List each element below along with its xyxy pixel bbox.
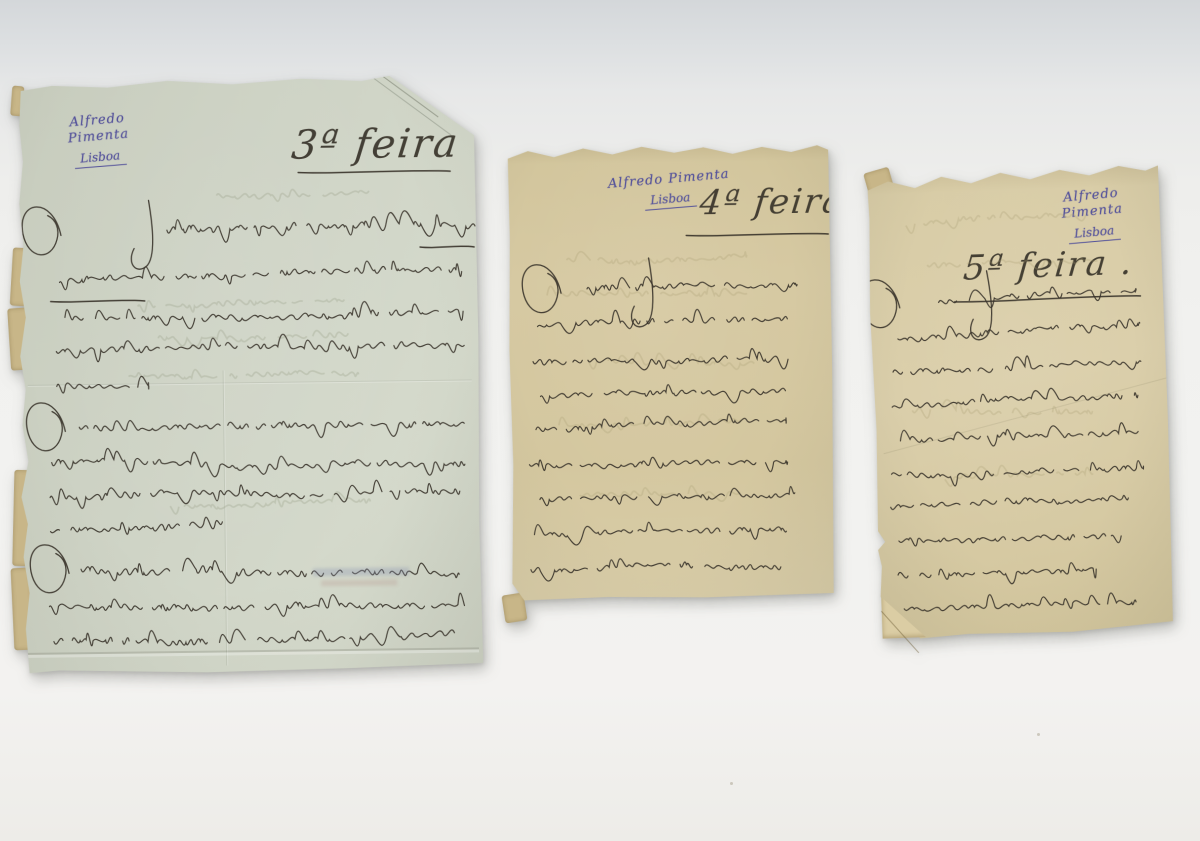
ghost-showthrough-stroke bbox=[559, 414, 751, 434]
faint-showthrough-stamp bbox=[313, 565, 409, 592]
ink-script-line bbox=[65, 300, 463, 330]
ink-underline bbox=[686, 233, 828, 236]
horizontal-fold-crease bbox=[28, 379, 471, 385]
ink-script-line bbox=[893, 352, 1141, 378]
ink-underline bbox=[420, 246, 474, 248]
ink-script-line bbox=[891, 494, 1129, 510]
ink-script-line bbox=[56, 332, 476, 362]
ink-script-line bbox=[50, 517, 222, 535]
photograph-backdrop: Alfredo Pimenta Lisboa 3ª feira Alfredo … bbox=[0, 0, 1200, 841]
ink-script-line bbox=[536, 413, 798, 435]
dust-speck bbox=[1037, 733, 1040, 736]
heading-day: 3ª feira bbox=[289, 121, 461, 169]
ink-script-line bbox=[892, 385, 1138, 408]
ink-script-line bbox=[531, 556, 781, 581]
alfredo-pimenta-signature-stamp: Alfredo Pimenta Lisboa bbox=[38, 108, 160, 171]
ghost-showthrough-stroke bbox=[170, 491, 383, 514]
ink-script-line bbox=[534, 520, 786, 545]
bottom-fold-crease-highlight bbox=[27, 649, 480, 658]
ink-script-line bbox=[54, 626, 461, 650]
ink-script-line bbox=[897, 318, 1150, 342]
ghost-showthrough-stroke bbox=[566, 249, 746, 265]
ghost-showthrough-stroke bbox=[588, 351, 767, 371]
vertical-fold-crease bbox=[223, 370, 228, 665]
faint-stamp-line bbox=[313, 567, 409, 576]
ink-underline bbox=[298, 170, 450, 173]
ink-script-line bbox=[59, 260, 466, 290]
ink-script-line bbox=[533, 348, 798, 372]
ink-script-line bbox=[898, 562, 1097, 588]
letter-sheet-tuesday: Alfredo Pimenta Lisboa 3ª feira bbox=[15, 72, 484, 677]
ink-script-line bbox=[891, 460, 1144, 488]
ghost-showthrough-stroke bbox=[138, 298, 357, 312]
ink-script-line bbox=[79, 416, 475, 440]
paper-sheet: Alfredo Pimenta Lisboa 5ª feira . bbox=[864, 162, 1176, 642]
stamp-place: Lisboa bbox=[1068, 222, 1121, 243]
ink-script-line bbox=[540, 486, 795, 506]
ghost-showthrough-stroke bbox=[912, 395, 1093, 422]
ink-capital-flourish bbox=[26, 403, 65, 451]
ghost-showthrough-stroke bbox=[216, 188, 378, 201]
dust-speck bbox=[730, 782, 733, 785]
faint-stamp-line bbox=[321, 579, 397, 586]
ink-underline bbox=[955, 295, 1141, 302]
ink-script-line bbox=[167, 210, 475, 243]
ghost-showthrough-stroke bbox=[547, 284, 747, 299]
ink-underline bbox=[51, 300, 145, 302]
stamp-place: Lisboa bbox=[74, 147, 127, 168]
stamp-name: Alfredo Pimenta bbox=[1032, 183, 1152, 226]
ink-script-line bbox=[529, 455, 787, 475]
ink-script-line bbox=[900, 422, 1138, 449]
stamp-place: Lisboa bbox=[644, 190, 697, 211]
ghost-showthrough-stroke bbox=[158, 329, 348, 347]
ink-capital-flourish bbox=[522, 258, 653, 329]
ink-script-line bbox=[899, 531, 1122, 551]
letter-sheet-wednesday: Alfredo Pimenta Lisboa 4ª feira bbox=[505, 141, 836, 601]
heading-day: 5ª feira . bbox=[962, 243, 1136, 289]
heading-day: 4ª feira bbox=[698, 181, 837, 223]
alfredo-pimenta-signature-stamp: Alfredo Pimenta Lisboa bbox=[1032, 183, 1154, 247]
ink-script-line bbox=[50, 479, 460, 509]
ink-script-line bbox=[904, 589, 1142, 614]
paper-sheet: Alfredo Pimenta Lisboa 4ª feira bbox=[505, 141, 836, 601]
ghost-showthrough-stroke bbox=[944, 462, 1100, 486]
ink-script-line bbox=[587, 275, 797, 295]
ink-script-line bbox=[537, 308, 787, 334]
bottom-fold-crease bbox=[27, 647, 480, 655]
letter-sheet-thursday: Alfredo Pimenta Lisboa 5ª feira . bbox=[864, 162, 1176, 642]
ink-capital-flourish bbox=[30, 545, 69, 593]
ink-script-line bbox=[49, 593, 464, 619]
ink-script-line bbox=[57, 376, 149, 393]
diagonal-crease bbox=[884, 376, 1174, 455]
paper-sheet: Alfredo Pimenta Lisboa 3ª feira bbox=[15, 72, 484, 677]
ink-script-line bbox=[52, 444, 465, 480]
corner-fold-crease bbox=[364, 72, 439, 117]
ghost-showthrough-stroke bbox=[580, 485, 740, 503]
ink-capital-flourish bbox=[22, 200, 153, 270]
stamp-name: Alfredo Pimenta bbox=[38, 108, 158, 150]
ink-script-line bbox=[540, 383, 785, 406]
ghost-showthrough-stroke bbox=[129, 368, 359, 380]
